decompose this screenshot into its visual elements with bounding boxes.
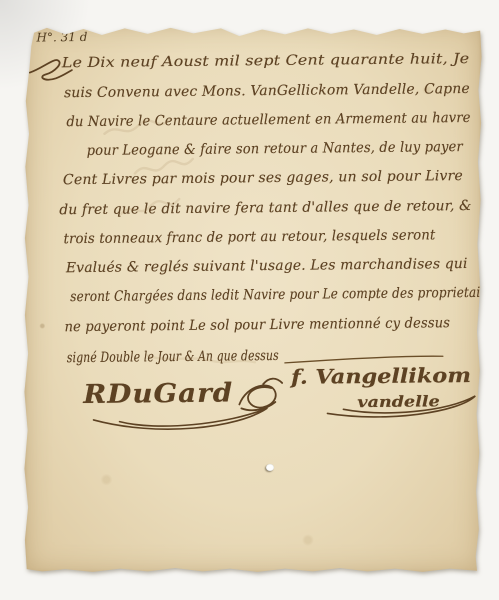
bleed-through-ghost [104, 119, 193, 214]
manuscript-line: Evalués & reglés suivant l'usage. Les ma… [66, 256, 468, 276]
photo-background: H°. 31 d Le Dix neuf Aoust mil sept Cent… [0, 0, 499, 600]
manuscript-line: Le Dix neuf Aoust mil sept Cent quarante… [62, 51, 470, 71]
manuscript-line: ne payeront point Le sol pour Livre ment… [64, 315, 450, 335]
closing-rule-flourish [285, 356, 443, 363]
manuscript-line: seront Chargées dans ledit Navire pour L… [70, 285, 480, 305]
signature-underline-left [93, 408, 267, 430]
signature-dugard: RDuGard [83, 378, 233, 410]
manuscript-line: Cent Livres par mois pour ses gages, un … [63, 168, 463, 188]
manuscript-line: pour Leogane & faire son retour a Nantes… [87, 139, 463, 159]
tilde-mark [263, 379, 282, 385]
manuscript-line: trois tonneaux franc de port au retour, … [64, 227, 436, 247]
signature-vangellikom: f. Vangellikom [291, 363, 471, 389]
manuscript-text-block: H°. 31 d Le Dix neuf Aoust mil sept Cent… [23, 20, 487, 574]
manuscript-paper-wrap: H°. 31 d Le Dix neuf Aoust mil sept Cent… [24, 24, 482, 573]
archival-number: H°. 31 d [36, 30, 87, 45]
manuscript-line: suis Convenu avec Mons. VanGellickom Van… [64, 81, 470, 101]
signature-vandelle: vandelle [357, 392, 440, 411]
paraph-flourish [239, 385, 276, 410]
paper-hole [266, 464, 274, 471]
manuscript-line: signé Double le Jour & An que dessus [67, 348, 279, 366]
manuscript-line: du fret que le dit navire fera tant d'al… [59, 198, 471, 218]
manuscript-paper: H°. 31 d Le Dix neuf Aoust mil sept Cent… [24, 24, 482, 573]
manuscript-line: du Navire le Centaure actuellement en Ar… [66, 110, 470, 130]
